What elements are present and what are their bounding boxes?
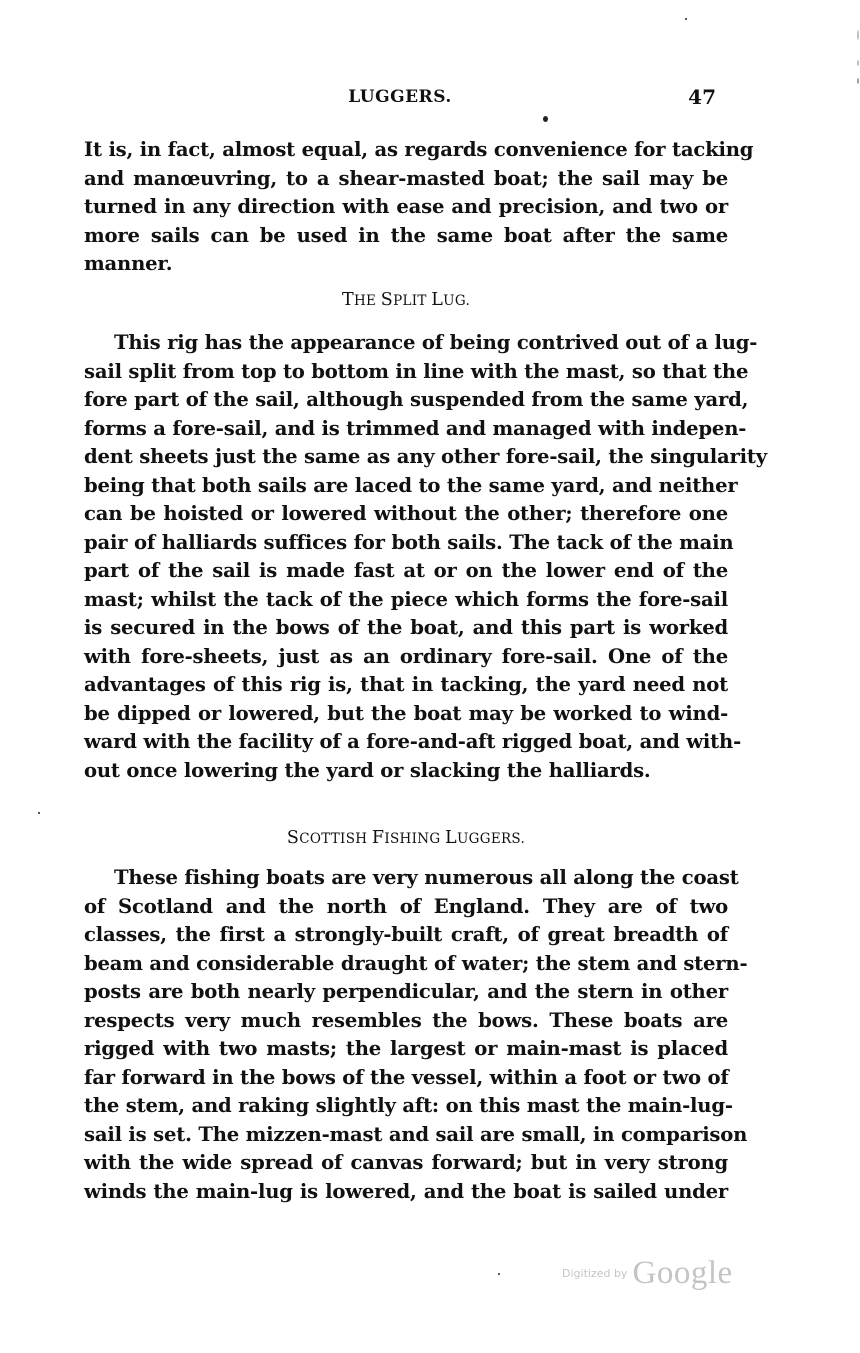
continuation-paragraph: It is, in fact, almost equal, as regards…: [84, 136, 728, 279]
text-line: respects very much resembles the bows. T…: [84, 1007, 728, 1036]
text-line: forms a fore-sail, and is trimmed and ma…: [84, 415, 728, 444]
text-line: posts are both nearly perpendicular, and…: [84, 978, 728, 1007]
text-line: ward with the facility of a fore-and-aft…: [84, 728, 728, 757]
heading-cap: L: [431, 290, 443, 310]
text-line: be dipped or lowered, but the boat may b…: [84, 700, 728, 729]
page-header: LUGGERS. 47: [84, 87, 716, 115]
text-line: manner.: [84, 250, 728, 279]
text-line: fore part of the sail, although suspende…: [84, 386, 728, 415]
text-line: sail is set. The mizzen-mast and sail ar…: [84, 1121, 728, 1150]
text-line: far forward in the bows of the vessel, w…: [84, 1064, 728, 1093]
text-line: of Scotland and the north of England. Th…: [84, 893, 728, 922]
text-line: mast; whilst the tack of the piece which…: [84, 586, 728, 615]
text-line: This rig has the appearance of being con…: [84, 329, 728, 358]
heading-smallcaps: ISHING: [384, 831, 445, 847]
text-line: is secured in the bows of the boat, and …: [84, 614, 728, 643]
heading-smallcaps: UGGERS.: [457, 831, 525, 847]
paragraph-split-lug: This rig has the appearance of being con…: [84, 329, 728, 785]
section-heading-scottish-luggers: SCOTTISH FISHING LUGGERS.: [84, 828, 728, 848]
google-logo-text: Google: [633, 1255, 733, 1291]
text-line: sail split from top to bottom in line wi…: [84, 358, 728, 387]
section-heading-split-lug: THE SPLIT LUG.: [84, 290, 728, 310]
text-line: and manœuvring, to a shear-masted boat; …: [84, 165, 728, 194]
text-line: classes, the first a strongly-built craf…: [84, 921, 728, 950]
text-line: These fishing boats are very numerous al…: [84, 864, 728, 893]
text-line: pair of halliards suffices for both sail…: [84, 529, 728, 558]
book-page: LUGGERS. 47 It is, in fact, almost equal…: [0, 0, 860, 1353]
heading-smallcaps: COTTISH: [299, 831, 372, 847]
scan-speck: [498, 1273, 500, 1275]
text-line: more sails can be used in the same boat …: [84, 222, 728, 251]
heading-cap: S: [381, 290, 393, 310]
heading-smallcaps: PLIT: [393, 293, 431, 309]
scan-speck: [38, 812, 40, 814]
text-line: can be hoisted or lowered without the ot…: [84, 500, 728, 529]
heading-smallcaps: HE: [354, 293, 381, 309]
text-line: beam and considerable draught of water; …: [84, 950, 728, 979]
text-line: with the wide spread of canvas forward; …: [84, 1149, 728, 1178]
heading-smallcaps: UG.: [443, 293, 470, 309]
text-line: advantages of this rig is, that in tacki…: [84, 671, 728, 700]
running-title: LUGGERS.: [84, 87, 716, 107]
text-line: It is, in fact, almost equal, as regards…: [84, 136, 728, 165]
text-line: with fore-sheets, just as an ordinary fo…: [84, 643, 728, 672]
watermark-prefix: Digitized by: [562, 1267, 627, 1280]
text-line: rigged with two masts; the largest or ma…: [84, 1035, 728, 1064]
paragraph-scottish-luggers: These fishing boats are very numerous al…: [84, 864, 728, 1206]
text-line: winds the main-lug is lowered, and the b…: [84, 1178, 728, 1207]
heading-cap: S: [287, 828, 299, 848]
heading-cap: T: [342, 290, 354, 310]
heading-cap: F: [372, 828, 384, 848]
text-line: part of the sail is made fast at or on t…: [84, 557, 728, 586]
scan-speck: [857, 60, 859, 66]
scan-speck: [685, 18, 687, 20]
text-line: dent sheets just the same as any other f…: [84, 443, 728, 472]
heading-cap: L: [445, 828, 457, 848]
text-line: the stem, and raking slightly aft: on th…: [84, 1092, 728, 1121]
scan-speck: [857, 78, 859, 84]
digitized-by-google-watermark: Digitized by Google: [562, 1255, 733, 1292]
text-line: out once lowering the yard or slacking t…: [84, 757, 728, 786]
text-line: being that both sails are laced to the s…: [84, 472, 728, 501]
scan-speck: [857, 30, 859, 40]
page-number: 47: [688, 85, 716, 109]
scan-speck: [543, 116, 548, 122]
text-line: turned in any direction with ease and pr…: [84, 193, 728, 222]
